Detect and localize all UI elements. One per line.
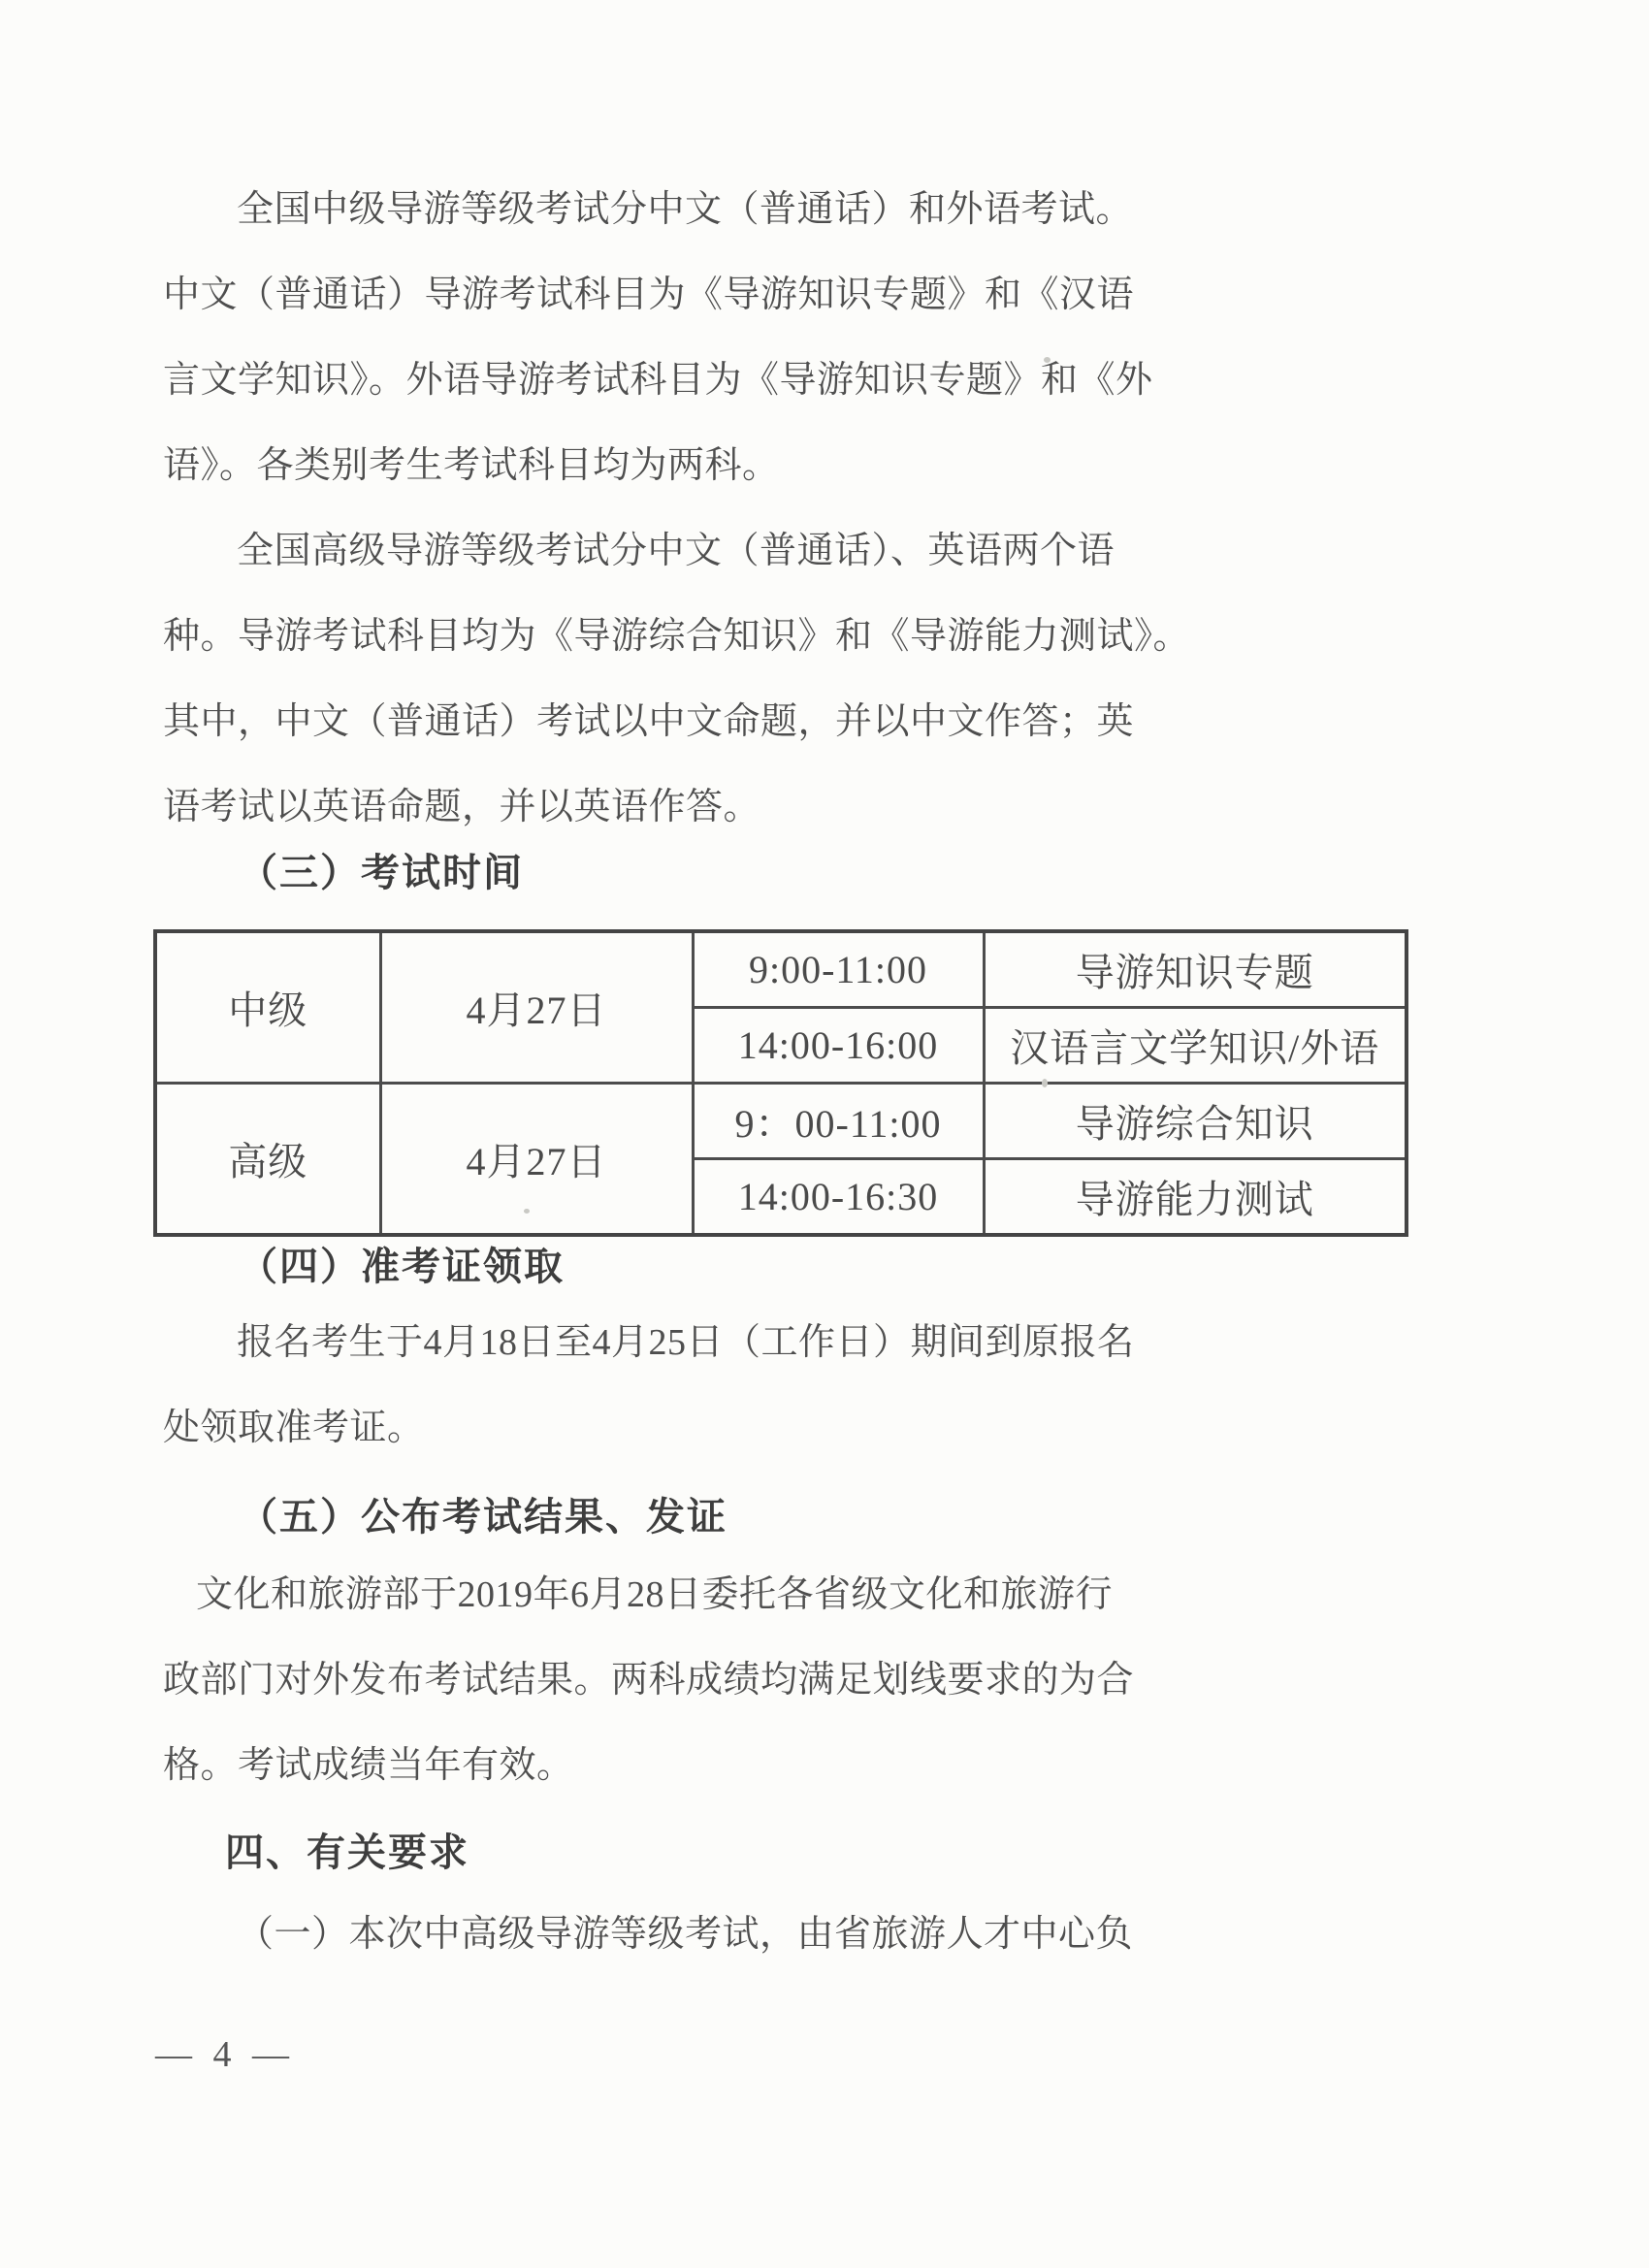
- table-row: 高级 4月27日 9：00-11:00 导游综合知识: [155, 1084, 1406, 1159]
- subject-cell: 导游知识专题: [984, 931, 1406, 1008]
- paragraph-advanced-exam: 全国高级导游等级考试分中文（普通话）、英语两个语 种。导游考试科目均为《导游综合…: [163, 508, 1190, 850]
- heading-admission-ticket: （四）准考证领取: [239, 1236, 565, 1298]
- scan-artifact: [1042, 1079, 1048, 1087]
- level-cell: 高级: [155, 1084, 380, 1236]
- text-line: 格。考试成绩当年有效。: [163, 1723, 1134, 1808]
- paragraph-admission-ticket: 报名考生于4月18日至4月25日（工作日）期间到原报名 处领取准考证。: [163, 1300, 1135, 1471]
- heading-results-certificates: （五）公布考试结果、发证: [239, 1486, 727, 1548]
- scan-artifact: [524, 1209, 530, 1214]
- paragraph-intermediate-exam: 全国中级导游等级考试分中文（普通话）和外语考试。 中文（普通话）导游考试科目为《…: [163, 167, 1153, 508]
- time-cell: 14:00-16:30: [693, 1159, 984, 1236]
- page-number: — 4 —: [155, 2033, 295, 2076]
- text-line: 语考试以英语命题，并以英语作答。: [163, 764, 1190, 850]
- text-line: 全国高级导游等级考试分中文（普通话）、英语两个语: [163, 508, 1190, 594]
- text-line: 文化和旅游部于2019年6月28日委托各省级文化和旅游行: [163, 1552, 1134, 1637]
- paragraph-requirements: （一）本次中高级导游等级考试，由省旅游人才中心负: [163, 1892, 1133, 1977]
- scan-artifact: [1044, 357, 1051, 363]
- time-cell: 14:00-16:00: [693, 1008, 984, 1084]
- text-line: 言文学知识》。外语导游考试科目为《导游知识专题》和《外: [163, 338, 1153, 423]
- text-line: 处领取准考证。: [163, 1385, 1135, 1471]
- date-cell: 4月27日: [380, 1084, 693, 1236]
- heading-requirements: 四、有关要求: [225, 1822, 469, 1884]
- text-line: 语》。各类别考生考试科目均为两科。: [163, 423, 1153, 508]
- paragraph-results: 文化和旅游部于2019年6月28日委托各省级文化和旅游行 政部门对外发布考试结果…: [163, 1552, 1134, 1808]
- exam-schedule-table: 中级 4月27日 9:00-11:00 导游知识专题 14:00-16:00 汉…: [153, 929, 1408, 1237]
- table-row: 中级 4月27日 9:00-11:00 导游知识专题: [155, 931, 1406, 1008]
- text-line: 政部门对外发布考试结果。两科成绩均满足划线要求的为合: [163, 1637, 1134, 1723]
- heading-exam-time: （三）考试时间: [239, 842, 524, 904]
- time-cell: 9：00-11:00: [693, 1084, 984, 1159]
- subject-cell: 导游能力测试: [984, 1159, 1406, 1236]
- text-line: 报名考生于4月18日至4月25日（工作日）期间到原报名: [163, 1300, 1135, 1385]
- level-cell: 中级: [155, 931, 380, 1084]
- time-cell: 9:00-11:00: [693, 931, 984, 1008]
- date-cell: 4月27日: [380, 931, 693, 1084]
- text-line: 中文（普通话）导游考试科目为《导游知识专题》和《汉语: [163, 252, 1153, 338]
- subject-cell: 汉语言文学知识/外语: [984, 1008, 1406, 1084]
- scanned-document-page: 全国中级导游等级考试分中文（普通话）和外语考试。 中文（普通话）导游考试科目为《…: [0, 0, 1649, 2268]
- text-line: （一）本次中高级导游等级考试，由省旅游人才中心负: [163, 1892, 1133, 1977]
- subject-cell: 导游综合知识: [984, 1084, 1406, 1159]
- text-line: 全国中级导游等级考试分中文（普通话）和外语考试。: [163, 167, 1153, 252]
- text-line: 其中，中文（普通话）考试以中文命题，并以中文作答；英: [163, 679, 1190, 764]
- text-line: 种。导游考试科目均为《导游综合知识》和《导游能力测试》。: [163, 594, 1190, 679]
